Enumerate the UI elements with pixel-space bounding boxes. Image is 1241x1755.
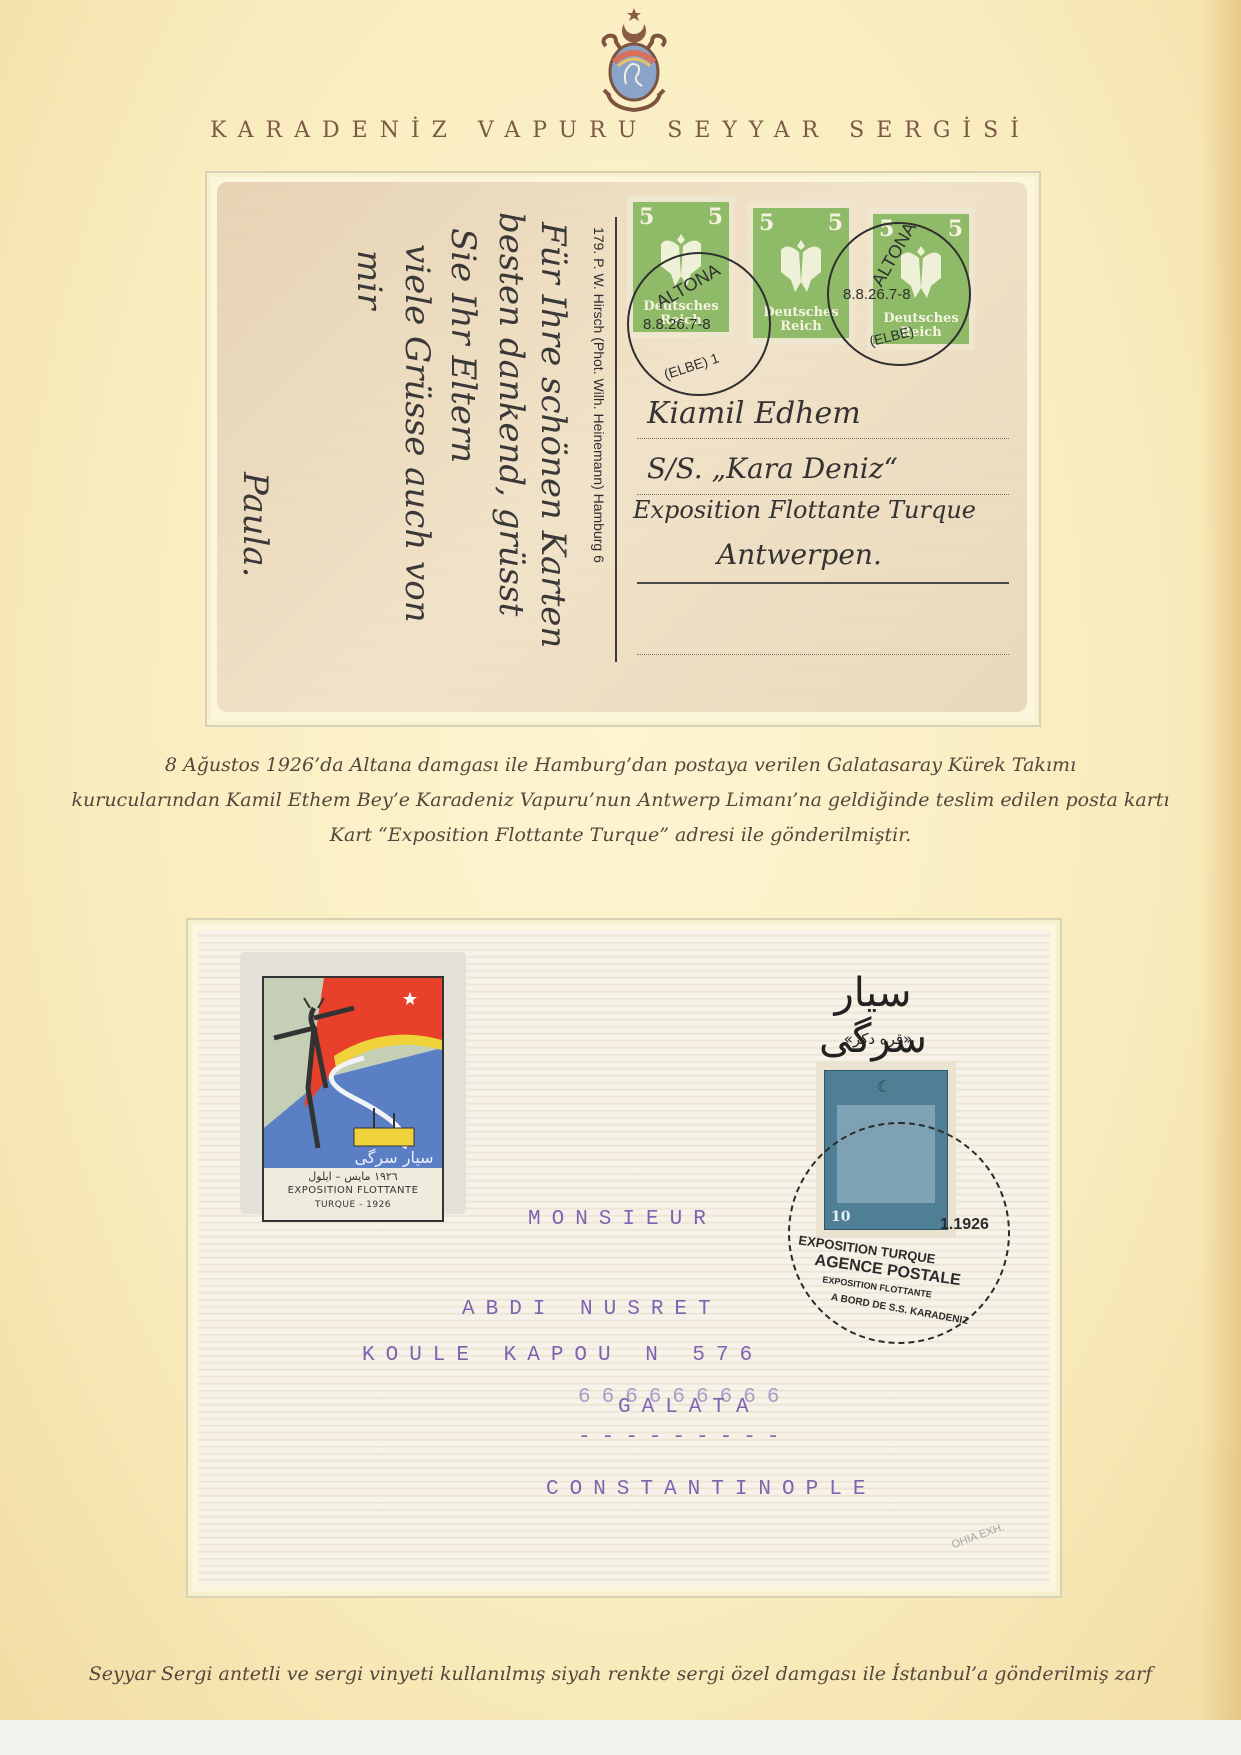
- crescent-icon: ☾: [877, 1077, 891, 1096]
- postmark-city: ALTONA: [867, 219, 920, 290]
- page-title: KARADENİZ VAPURU SEYYAR SERGİSİ: [0, 118, 1241, 143]
- message-line-4: viele Grüsse auch von: [397, 244, 437, 623]
- address-street: KOULE KAPOU N 576: [362, 1344, 763, 1367]
- address-dash-line: ---------: [578, 1426, 790, 1449]
- stamp-value: 5: [759, 210, 774, 236]
- envelope: سیار سرگی ١٩٢٦ مايس – ايلول EXPOSITION F…: [198, 930, 1050, 1585]
- stamp-value: 5: [639, 204, 654, 230]
- address-rule: [637, 654, 1009, 655]
- exhibition-vignette: سیار سرگی ١٩٢٦ مايس – ايلول EXPOSITION F…: [240, 952, 466, 1214]
- envelope-caption: Seyyar Sergi antetli ve sergi vinyeti ku…: [0, 1657, 1241, 1692]
- signature: Paula.: [235, 472, 275, 577]
- letterhead-arabic: سيار سرگی: [778, 970, 968, 1062]
- crescent-star-anchor-emblem: [596, 6, 672, 114]
- caption-line-3: Kart “Exposition Flottante Turque” adres…: [0, 818, 1241, 853]
- message-line-2: besten dankend, grüsst: [491, 212, 531, 616]
- svg-text:سیار سرگی: سیار سرگی: [354, 1148, 433, 1168]
- publisher-imprint-text: 179. P. W. Hirsch (Phot. Wilh. Heinemann…: [591, 227, 607, 563]
- postcard-caption: 8 Ağustos 1926’da Altana damgası ile Ham…: [0, 748, 1241, 853]
- address-city: CONSTANTINOPLE: [546, 1478, 876, 1501]
- page-edge-shadow: [1201, 0, 1241, 1720]
- address-org: Exposition Flottante Turque: [633, 496, 976, 524]
- vignette-title: EXPOSITION FLOTTANTE: [264, 1185, 442, 1196]
- message-line-5: mir: [349, 250, 389, 309]
- caption-line-2: kurucularından Kamil Ethem Bey’e Karaden…: [0, 783, 1241, 818]
- postmark-city: ALTONA: [652, 260, 723, 313]
- postmark-altona-2: ALTONA 8.8.26.7-8 (ELBE): [827, 222, 971, 366]
- envelope-frame: سیار سرگی ١٩٢٦ مايس – ايلول EXPOSITION F…: [186, 918, 1062, 1598]
- postmark-date: 8.8.26.7-8: [843, 286, 911, 303]
- postcard-divider: [615, 217, 617, 662]
- page-bottom-margin: [0, 1720, 1241, 1755]
- pencil-note: OHIA EXH.: [950, 1521, 1006, 1551]
- eagle-icon: [775, 236, 827, 296]
- vignette-subtitle: TURQUE - 1926: [264, 1200, 442, 1210]
- address-city: Antwerpen.: [717, 538, 882, 571]
- caption-line-1: 8 Ağustos 1926’da Altana damgası ile Ham…: [0, 748, 1241, 783]
- address-salutation: MONSIEUR: [528, 1208, 717, 1231]
- postcard: Für Ihre schönen Karten besten dankend, …: [217, 182, 1027, 712]
- postmark-altona-1: ALTONA 8.8.26.7-8 (ELBE) 1: [627, 252, 771, 396]
- address-underline: [637, 582, 1009, 584]
- postmark-date: 1.1926: [940, 1216, 989, 1234]
- postmark-line-4: A BORD DE S.S. KARADENIZ: [830, 1292, 969, 1327]
- address-name: Kiamil Edhem: [647, 396, 861, 431]
- letterhead-arabic-sub: «قره دكز»: [798, 1030, 958, 1048]
- stamp-value: 5: [948, 216, 963, 242]
- address-name: ABDI NUSRET: [462, 1298, 722, 1321]
- address-rule: [637, 438, 1009, 439]
- address-rule: [637, 494, 1009, 495]
- address-ship: S/S. „Kara Deniz“: [647, 452, 898, 485]
- postmark-sub: (ELBE): [868, 323, 916, 349]
- postmark-sub: (ELBE) 1: [662, 350, 721, 383]
- stamp-value: 5: [828, 210, 843, 236]
- postcard-frame: Für Ihre schönen Karten besten dankend, …: [205, 171, 1041, 727]
- postmark-agence-postale: 1.1926 EXPOSITION TURQUE AGENCE POSTALE …: [788, 1122, 1010, 1344]
- message-line-1: Für Ihre schönen Karten: [533, 222, 573, 648]
- stamp-value: 5: [708, 204, 723, 230]
- postmark-date: 8.8.26.7-8: [643, 316, 711, 333]
- hermes-ship-illustration: سیار سرگی: [264, 978, 442, 1168]
- address-district: GALATA: [618, 1396, 760, 1419]
- vignette-arabic-date: ١٩٢٦ مايس – ايلول: [264, 1170, 442, 1183]
- message-line-3: Sie Ihr Eltern: [443, 228, 483, 463]
